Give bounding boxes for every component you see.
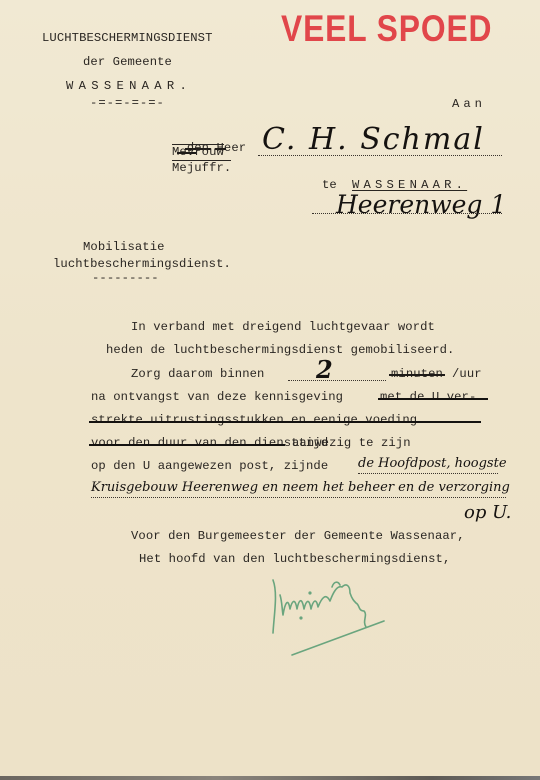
te-label: te: [322, 178, 337, 192]
subject-line1: Mobilisatie: [83, 240, 165, 254]
to-label: Aan: [452, 97, 486, 111]
letterhead-rule: -=-=-=-=-: [90, 96, 165, 110]
body-para2-line4: aanwezig te zijn: [292, 436, 411, 450]
unit-uur: /uur: [452, 367, 482, 381]
salutation-mevrouw: Mevrouw: [172, 144, 224, 159]
signature-icon: [270, 575, 460, 670]
recipient-name: C. H. Schmal: [262, 122, 485, 157]
body-para2-line3-struck: strekte uitrustingsstukken en eenige voe…: [91, 413, 417, 427]
handwritten-post-2: Kruisgebouw Heerenweg en neem het beheer…: [91, 480, 510, 495]
recipient-street: Heerenweg 1: [336, 190, 506, 219]
duration-number: 2: [316, 355, 333, 384]
letterhead-municipality-label: der Gemeente: [83, 55, 172, 69]
body-para2-prefix: Zorg daarom binnen: [131, 367, 264, 381]
handwritten-post-1: de Hoofdpost, hoogste: [358, 456, 507, 471]
duration-dotted-line: [288, 380, 386, 381]
salutation-mejuffr: Mejuffr.: [172, 160, 231, 175]
page-bottom-edge: [0, 776, 540, 780]
handwritten-post-3: op U.: [464, 502, 511, 523]
urgent-stamp: VEEL SPOED: [281, 8, 492, 50]
body-para1-line2: heden de luchtbeschermingsdienst gemobil…: [106, 343, 454, 357]
post-dotted-line-1: [358, 473, 498, 474]
struck-minuten-text: minuten: [391, 367, 443, 381]
strike-line-3: [89, 444, 285, 446]
body-para2-line2-struck: met de U ver-: [380, 390, 476, 404]
body-para2-line2: na ontvangst van deze kennisgeving: [91, 390, 343, 404]
body-para1-line1: In verband met dreigend luchtgevaar word…: [131, 320, 435, 334]
closing-line1: Voor den Burgemeester der Gemeente Wasse…: [131, 529, 465, 543]
subject-rule: ---------: [92, 271, 159, 285]
closing-line2: Het hoofd van den luchtbeschermingsdiens…: [139, 552, 450, 566]
post-dotted-line-2: [91, 497, 506, 498]
body-para2-line5: op den U aangewezen post, zijnde: [91, 459, 328, 473]
letterhead-org: LUCHTBESCHERMINGSDIENST: [42, 31, 213, 45]
subject-line2: luchtbeschermingsdienst.: [53, 257, 231, 271]
struck-minuten: minuten: [391, 367, 443, 381]
strike-line-1: [378, 398, 488, 400]
strike-line-2: [89, 421, 481, 423]
struck-ev: ev: [179, 145, 194, 159]
letterhead-town: WASSENAAR.: [66, 79, 192, 93]
